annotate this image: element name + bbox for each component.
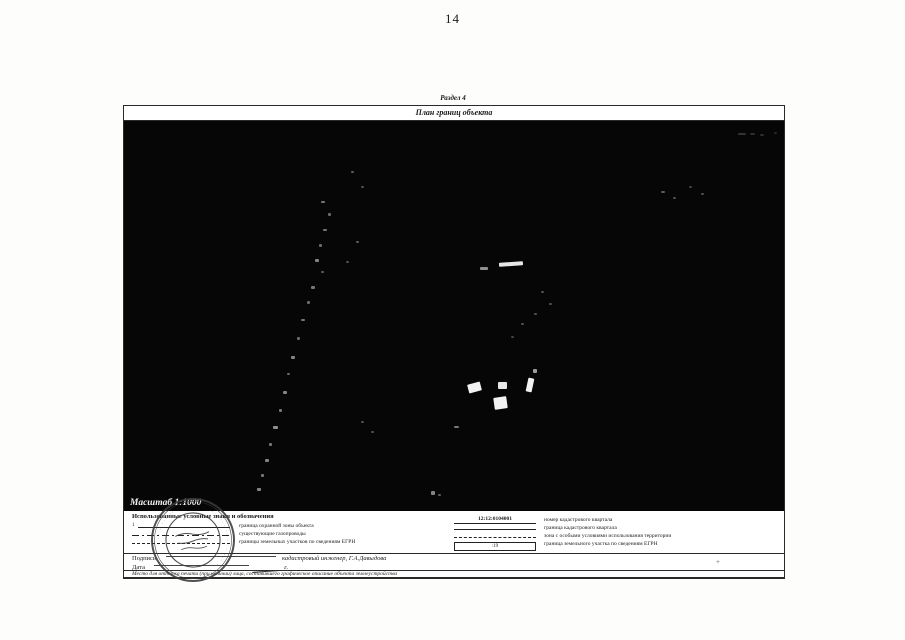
legend-symbol-parcel-box: :19	[454, 542, 536, 551]
map-mark	[499, 261, 523, 267]
map-mark	[328, 213, 331, 216]
document-frame: План границ объекта Масштаб 1:1000 Испол…	[123, 105, 785, 579]
map-mark	[431, 491, 435, 495]
corner-artifact	[760, 134, 764, 136]
map-mark	[549, 303, 552, 305]
document-page: 14 Раздел 4 План границ объекта Масштаб …	[0, 0, 905, 640]
corner-artifact	[738, 133, 746, 135]
map-mark	[257, 488, 261, 491]
section-label: Раздел 4	[123, 94, 783, 102]
map-mark	[273, 426, 278, 429]
legend-label: границы земельных участков по сведениям …	[239, 539, 355, 545]
map-mark	[315, 259, 319, 262]
legend-label: граница кадастрового квартала	[544, 525, 617, 531]
map-mark	[467, 381, 482, 393]
legend-line-prefix: 1	[132, 523, 135, 528]
map-mark	[321, 271, 324, 273]
map-mark	[526, 378, 535, 393]
map-mark	[307, 301, 310, 304]
legend-label: граница охранной зоны объекта	[239, 523, 314, 529]
legend-label: граница земельного участка по сведениям …	[544, 541, 658, 547]
map-mark	[279, 409, 282, 412]
map-mark	[673, 197, 676, 199]
map-mark	[498, 382, 507, 389]
plan-title: План границ объекта	[124, 106, 784, 121]
signature-value: кадастровый инженер, Г.А.Давыдова	[282, 555, 386, 562]
legend-label: номер кадастрового квартала	[544, 517, 612, 523]
round-stamp: · ·· · ··· ·· · ·· ··· · ·· · ··· ·· · ·…	[143, 490, 242, 589]
legend-label: зона с особыми условиями использования т…	[544, 533, 671, 539]
map-mark	[371, 431, 374, 433]
map-mark	[533, 369, 537, 373]
map-mark	[301, 319, 305, 321]
cadastral-quarter-number: 12:12:0104001	[454, 516, 536, 524]
corner-artifact	[750, 133, 755, 135]
map-mark	[261, 474, 264, 477]
legend-label: существующие газопроводы	[239, 531, 306, 537]
map-mark	[511, 336, 514, 338]
stray-plus-mark: +	[716, 558, 720, 566]
map-mark	[480, 267, 488, 270]
page-number: 14	[0, 11, 905, 27]
map-mark	[661, 191, 665, 193]
map-area: Масштаб 1:1000	[124, 121, 784, 511]
map-mark	[361, 421, 364, 423]
map-mark	[351, 171, 354, 173]
map-mark	[521, 323, 524, 325]
map-mark	[265, 459, 269, 462]
map-mark	[291, 356, 295, 359]
map-mark	[346, 261, 349, 263]
map-mark	[493, 396, 508, 410]
map-mark	[283, 391, 287, 394]
legend-symbol-zone-line	[454, 537, 536, 538]
map-mark	[356, 241, 359, 243]
map-mark	[323, 229, 327, 231]
map-mark	[269, 443, 272, 446]
legend-symbol-quarter-boundary	[454, 529, 536, 530]
map-mark	[287, 373, 290, 375]
map-mark	[321, 201, 325, 203]
map-mark	[534, 313, 537, 315]
legend-section: Использованные условные знаки и обозначе…	[124, 511, 784, 576]
map-mark	[438, 494, 441, 496]
map-mark	[319, 244, 322, 247]
map-mark	[701, 193, 704, 195]
map-mark	[297, 337, 300, 340]
map-mark	[541, 291, 544, 293]
map-mark	[311, 286, 315, 289]
map-mark	[689, 186, 692, 188]
map-mark	[361, 186, 364, 188]
corner-artifact	[774, 132, 777, 134]
map-mark	[454, 426, 459, 428]
